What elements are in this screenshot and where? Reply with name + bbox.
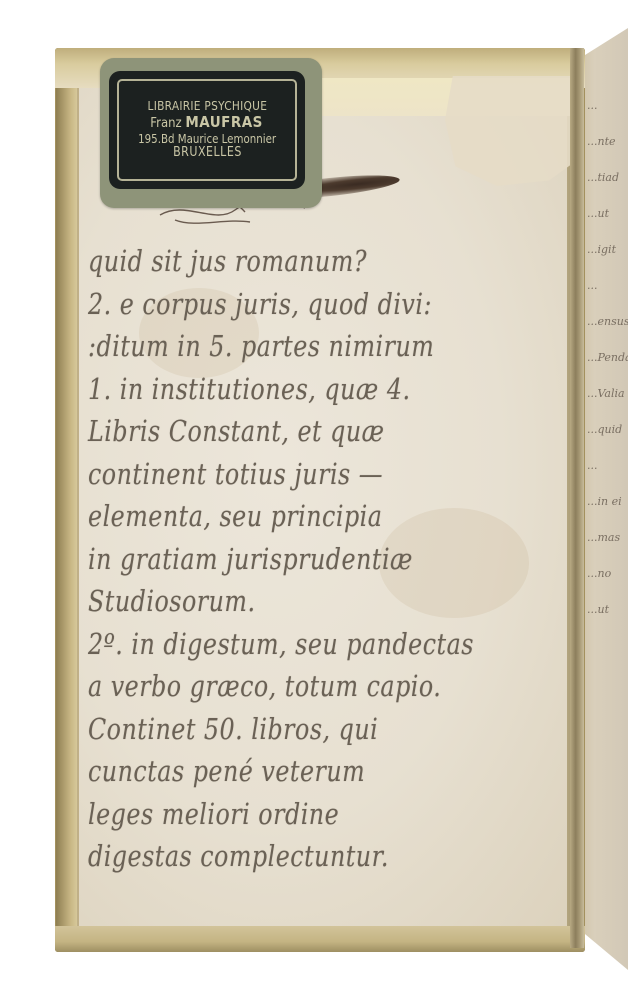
facing-fragment: ...ut [587,592,628,628]
manuscript-text: quid sit jus romanum? 2. e corpus juris,… [88,240,568,878]
facing-fragment: ...igit [587,232,628,268]
facing-fragment: ...mas [587,520,628,556]
manuscript-line: in gratiam jurisprudentiæ [88,538,482,581]
facing-fragment: ...Valia [587,376,628,412]
facing-fragment: ...no [587,556,628,592]
facing-page-text: ... ...nte ...tiad ...ut ...igit ... ...… [587,88,628,628]
manuscript-line: cunctas pené veterum [88,750,482,793]
manuscript-line: Libris Constant, et quæ [88,410,482,453]
bookseller-label: LIBRAIRIE PSYCHIQUE Franz MAUFRAS 195.Bd… [100,58,322,208]
manuscript-line: elementa, seu principia [88,495,482,538]
facing-fragment: ...ensus [587,304,628,340]
manuscript-line: digestas complectuntur. [88,835,482,878]
manuscript-line: leges meliori ordine [88,793,482,836]
manuscript-line: 2º. in digestum, seu pandectas [88,623,482,666]
label-line-address: 195.Bd Maurice Lemonnier [138,132,276,146]
facing-fragment: ...tiad [587,160,628,196]
label-frame: LIBRAIRIE PSYCHIQUE Franz MAUFRAS 195.Bd… [117,79,297,181]
facing-fragment: ...quid [587,412,628,448]
facing-fragment: ...nte [587,124,628,160]
facing-fragment: ... [587,448,628,484]
facing-fragment: ... [587,268,628,304]
manuscript-line: a verbo græco, totum capio. [88,665,482,708]
manuscript-line: continent totius juris — [88,453,482,496]
manuscript-line: quid sit jus romanum? [88,240,482,283]
label-line-city: BRUXELLES [173,146,242,161]
torn-paper-patch [445,76,575,186]
book-gutter [570,48,584,948]
label-owner-first: Franz [151,116,182,131]
label-line-shop: LIBRAIRIE PSYCHIQUE [147,99,267,113]
book-bottom-edge [55,926,585,952]
facing-page: ... ...nte ...tiad ...ut ...igit ... ...… [583,28,628,970]
manuscript-line: :ditum in 5. partes nimirum [88,325,482,368]
label-plate: LIBRAIRIE PSYCHIQUE Franz MAUFRAS 195.Bd… [112,74,302,186]
manuscript-line: 2. e corpus juris, quod divi: [88,283,482,326]
manuscript-line: Continet 50. libros, qui [88,708,482,751]
facing-fragment: ...in ei [587,484,628,520]
label-owner-last: MAUFRAS [186,113,263,131]
facing-fragment: ...Pendam [587,340,628,376]
facing-fragment: ... [587,88,628,124]
facing-fragment: ...ut [587,196,628,232]
manuscript-line: Studiosorum. [88,580,482,623]
manuscript-line: 1. in institutiones, quæ 4. [88,368,482,411]
label-line-owner: Franz MAUFRAS [151,114,264,132]
